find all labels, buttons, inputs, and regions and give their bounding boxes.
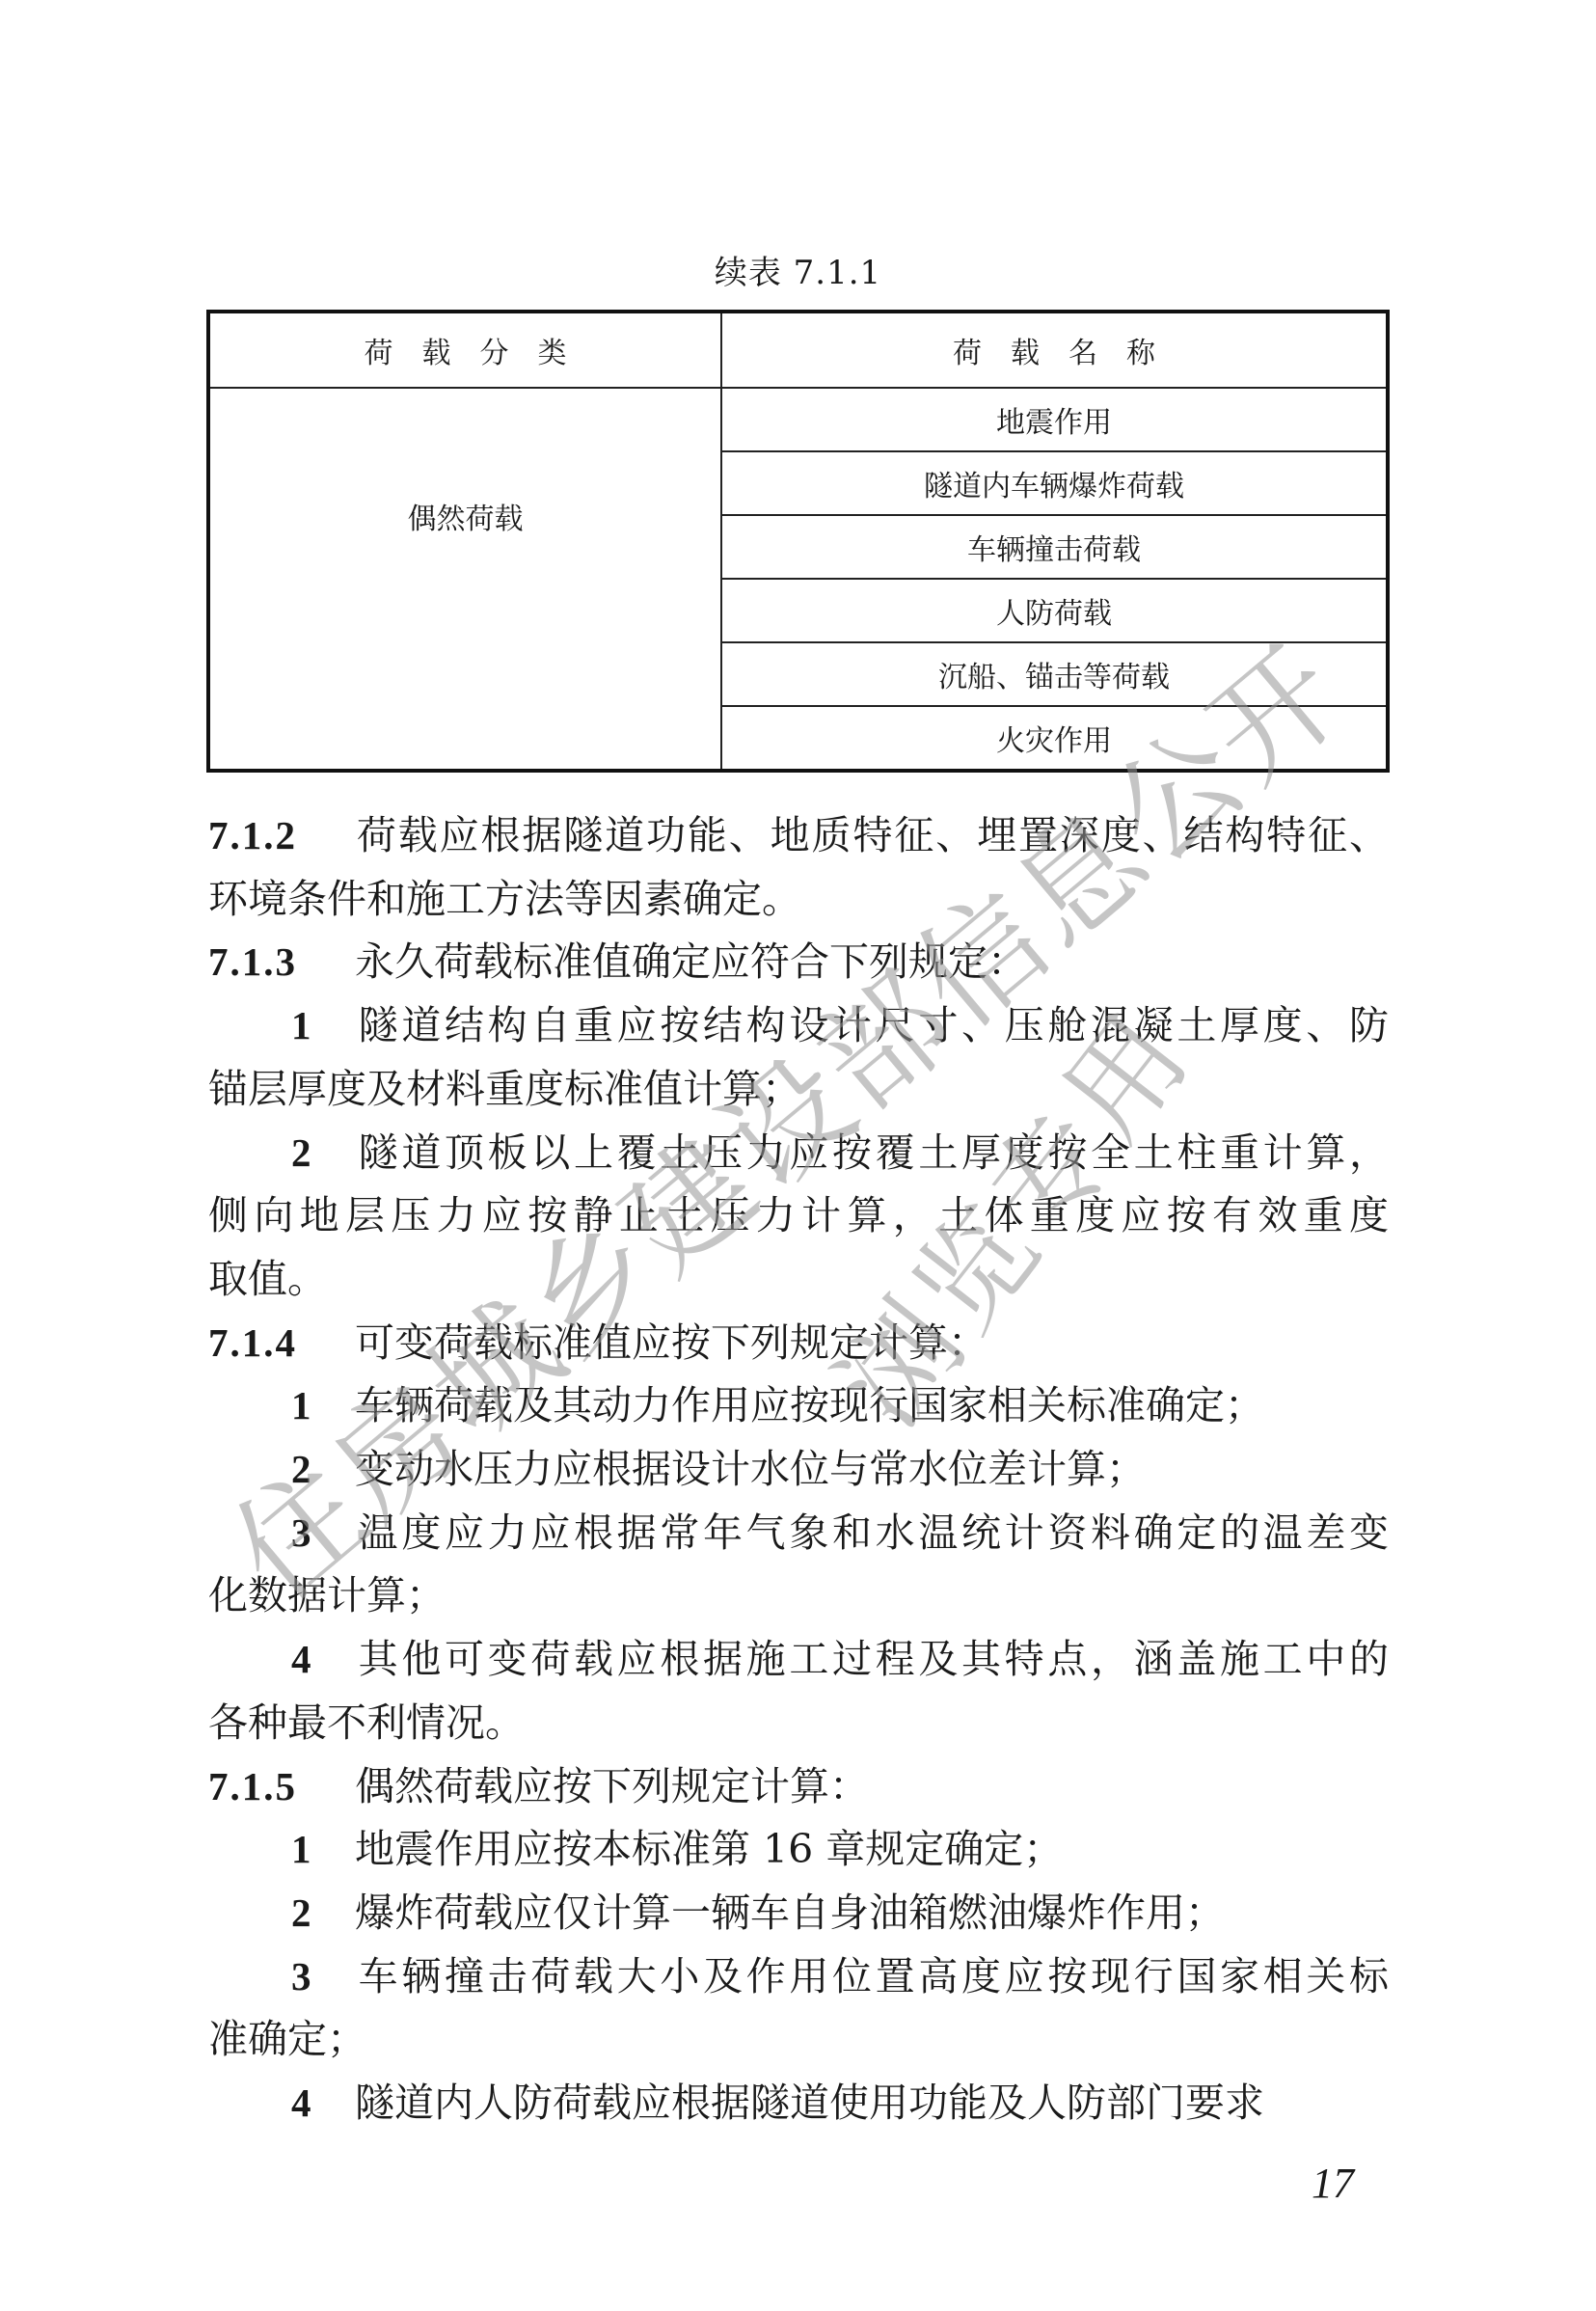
table-row: 偶然荷载 地震作用 <box>208 388 1388 451</box>
clause-line: 7.1.2荷载应根据隧道功能、地质特征、埋置深度、结构特征、 <box>208 803 1389 867</box>
line-text: 可变荷载标准值应按下列规定计算： <box>355 1319 987 1366</box>
line-text: 变动水压力应根据设计水位与常水位差计算； <box>355 1446 1146 1492</box>
line-text: 永久荷载标准值确定应符合下列规定： <box>355 938 1027 985</box>
item-number: 4 <box>291 1627 355 1691</box>
line-text: 隧道内人防荷载应根据隧道使用功能及人防部门要求 <box>355 2080 1264 2126</box>
load-name-cell: 隧道内车辆爆炸荷载 <box>721 451 1388 515</box>
line-text: 侧向地层压力应按静止土压力计算，土体重度应按有效重度 <box>208 1192 1389 1238</box>
list-item-line: 3温度应力应根据常年气象和水温统计资料确定的温差变 <box>208 1501 1389 1564</box>
clause-number: 7.1.5 <box>208 1754 355 1818</box>
continuation-line: 环境条件和施工方法等因素确定。 <box>208 867 1389 931</box>
line-text: 车辆撞击荷载大小及作用位置高度应按现行国家相关标 <box>355 1953 1389 1999</box>
load-name-cell: 地震作用 <box>721 388 1388 451</box>
line-text: 锚层厚度及材料重度标准值计算； <box>208 1066 801 1112</box>
list-item-line: 2隧道顶板以上覆土压力应按覆土厚度按全土柱重计算， <box>208 1121 1389 1184</box>
list-item-line: 4其他可变荷载应根据施工过程及其特点，涵盖施工中的 <box>208 1627 1389 1691</box>
line-text: 环境条件和施工方法等因素确定。 <box>208 876 801 922</box>
continuation-line: 侧向地层压力应按静止土压力计算，土体重度应按有效重度 <box>208 1183 1389 1247</box>
clause-number: 7.1.2 <box>208 803 355 867</box>
list-item-line: 1车辆荷载及其动力作用应按现行国家相关标准确定； <box>208 1373 1389 1437</box>
category-cell: 偶然荷载 <box>208 388 721 771</box>
header-load-category: 荷载分类 <box>208 312 721 388</box>
list-item-line: 1地震作用应按本标准第 16 章规定确定； <box>208 1817 1389 1881</box>
line-text: 各种最不利情况。 <box>208 1699 525 1746</box>
load-name-cell: 火灾作用 <box>721 706 1388 771</box>
line-text: 隧道顶板以上覆土压力应按覆土厚度按全土柱重计算， <box>355 1129 1389 1176</box>
continuation-line: 锚层厚度及材料重度标准值计算； <box>208 1057 1389 1121</box>
item-number: 2 <box>291 1881 355 1944</box>
table-caption: 续表 7.1.1 <box>0 249 1596 297</box>
continuation-line: 各种最不利情况。 <box>208 1691 1389 1754</box>
load-name-cell: 车辆撞击荷载 <box>721 515 1388 579</box>
item-number: 2 <box>291 1437 355 1501</box>
page-number: 17 <box>1312 2159 1354 2208</box>
line-text: 地震作用应按本标准第 16 章规定确定； <box>355 1826 1063 1872</box>
clause-line: 7.1.5偶然荷载应按下列规定计算： <box>208 1754 1389 1818</box>
line-text: 爆炸荷载应仅计算一辆车自身油箱燃油爆炸作用； <box>355 1890 1225 1936</box>
line-text: 荷载应根据隧道功能、地质特征、埋置深度、结构特征、 <box>355 812 1389 858</box>
header-load-name: 荷载名称 <box>721 312 1388 388</box>
line-text: 其他可变荷载应根据施工过程及其特点，涵盖施工中的 <box>355 1636 1389 1682</box>
item-number: 4 <box>291 2071 355 2134</box>
load-name-cell: 沉船、锚击等荷载 <box>721 642 1388 706</box>
list-item-line: 2爆炸荷载应仅计算一辆车自身油箱燃油爆炸作用； <box>208 1881 1389 1944</box>
line-text: 偶然荷载应按下列规定计算： <box>355 1763 869 1809</box>
item-number: 3 <box>291 1944 355 2008</box>
continuation-line: 准确定； <box>208 2007 1389 2071</box>
load-name-cell: 人防荷载 <box>721 579 1388 642</box>
line-text: 准确定； <box>208 2016 366 2062</box>
line-text: 温度应力应根据常年气象和水温统计资料确定的温差变 <box>355 1509 1389 1556</box>
line-text: 车辆荷载及其动力作用应按现行国家相关标准确定； <box>355 1382 1264 1428</box>
line-text: 取值。 <box>208 1256 327 1302</box>
list-item-line: 1隧道结构自重应按结构设计尺寸、压舱混凝土厚度、防 <box>208 993 1389 1057</box>
clause-line: 7.1.3永久荷载标准值确定应符合下列规定： <box>208 930 1389 993</box>
item-number: 3 <box>291 1501 355 1564</box>
item-number: 1 <box>291 1373 355 1437</box>
clause-number: 7.1.4 <box>208 1311 355 1374</box>
clause-line: 7.1.4可变荷载标准值应按下列规定计算： <box>208 1311 1389 1374</box>
line-text: 化数据计算； <box>208 1572 446 1618</box>
continuation-line: 取值。 <box>208 1247 1389 1311</box>
clause-number: 7.1.3 <box>208 930 355 993</box>
continuation-line: 化数据计算； <box>208 1563 1389 1627</box>
list-item-line: 2变动水压力应根据设计水位与常水位差计算； <box>208 1437 1389 1501</box>
line-text: 隧道结构自重应按结构设计尺寸、压舱混凝土厚度、防 <box>355 1002 1389 1048</box>
list-item-line: 3车辆撞击荷载大小及作用位置高度应按现行国家相关标 <box>208 1944 1389 2008</box>
load-classification-table: 荷载分类 荷载名称 偶然荷载 地震作用 隧道内车辆爆炸荷载 车辆撞击荷载 人防荷… <box>206 310 1390 773</box>
table-header-row: 荷载分类 荷载名称 <box>208 312 1388 388</box>
item-number: 2 <box>291 1121 355 1184</box>
item-number: 1 <box>291 993 355 1057</box>
list-item-line: 4隧道内人防荷载应根据隧道使用功能及人防部门要求 <box>208 2071 1389 2134</box>
item-number: 1 <box>291 1817 355 1881</box>
